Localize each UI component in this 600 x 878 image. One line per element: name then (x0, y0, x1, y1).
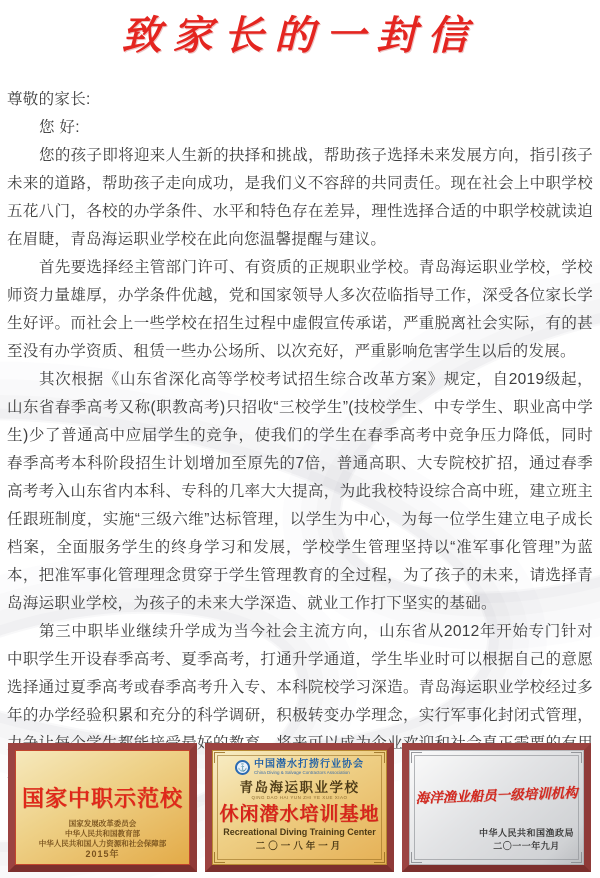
diving-association-logo-icon: ⚓ (235, 760, 250, 775)
plaque-title: 国家中职示范校 (15, 782, 190, 813)
plaque-title-en: Recreational Diving Training Center (223, 827, 376, 838)
plaque-fishery-crew-training: 海洋渔业船员一级培训机构 中华人民共和国渔政局 二〇一一年九月 (402, 743, 591, 872)
plaque-issuer-lines: 国家发展改革委员会 中华人民共和国教育部 中华人民共和国人力资源和社会保障部 2… (15, 819, 190, 859)
corner-ornament (571, 852, 582, 863)
association-name-en: China Diving & Salvage Contractors Assoc… (254, 770, 364, 776)
letter-page: 致家长的一封信 尊敬的家长: 您 好: 您的孩子即将迎来人生新的抉择和挑战，帮助… (0, 0, 600, 878)
issue-date: 二〇一八年一月 (256, 841, 344, 852)
plaque-diving-training-base: ⚓ 中国潜水打捞行业协会 China Diving & Salvage Cont… (205, 743, 394, 872)
plaque-national-model-school: 国家中职示范校 国家发展改革委员会 中华人民共和国教育部 中华人民共和国人力资源… (8, 743, 197, 872)
letter-body: 尊敬的家长: 您 好: 您的孩子即将迎来人生新的抉择和挑战，帮助孩子选择未来发展… (7, 86, 593, 786)
letter-greeting: 您 好: (7, 114, 593, 142)
corner-ornament (411, 852, 422, 863)
issuer-line: 国家发展改革委员会 (15, 819, 190, 829)
issuer-line: 中华人民共和国渔政局 (479, 827, 574, 840)
plaque-issuer-block: 中华人民共和国渔政局 二〇一一年九月 (479, 827, 574, 853)
issue-date: 二〇一一年九月 (479, 840, 574, 853)
issue-year: 2015年 (15, 849, 190, 859)
plaque-title: 休闲潜水培训基地 (219, 805, 379, 825)
letter-paragraph: 您的孩子即将迎来人生新的抉择和挑战，帮助孩子选择未来发展方向，指引孩子未来的道路… (7, 142, 593, 254)
award-plaques-row: 国家中职示范校 国家发展改革委员会 中华人民共和国教育部 中华人民共和国人力资源… (8, 743, 592, 872)
letter-paragraph: 首先要选择经主管部门许可、有资质的正规职业学校。青岛海运职业学校，学校师资力量雄… (7, 254, 593, 366)
letter-salutation: 尊敬的家长: (7, 86, 593, 114)
letter-paragraph: 其次根据《山东省深化高等学校考试招生综合改革方案》规定，自2019级起，山东省春… (7, 366, 593, 618)
issuer-line: 中华人民共和国教育部 (15, 829, 190, 839)
school-name-pinyin: QING DAO HAI YUN ZHI YE XUE XIAO (251, 795, 347, 801)
association-name-cn: 中国潜水打捞行业协会 (254, 759, 364, 770)
corner-ornament (571, 752, 582, 763)
page-title: 致家长的一封信 (0, 4, 600, 61)
plaque-title: 海洋渔业船员一级培训机构 (409, 781, 585, 807)
association-names: 中国潜水打捞行业协会 China Diving & Salvage Contra… (254, 759, 364, 776)
school-name: 青岛海运职业学校 (240, 780, 360, 795)
association-header: ⚓ 中国潜水打捞行业协会 China Diving & Salvage Cont… (235, 759, 364, 776)
corner-ornament (411, 752, 422, 763)
issuer-line: 中华人民共和国人力资源和社会保障部 (15, 839, 190, 849)
plaque-content: ⚓ 中国潜水打捞行业协会 China Diving & Salvage Cont… (212, 750, 387, 865)
